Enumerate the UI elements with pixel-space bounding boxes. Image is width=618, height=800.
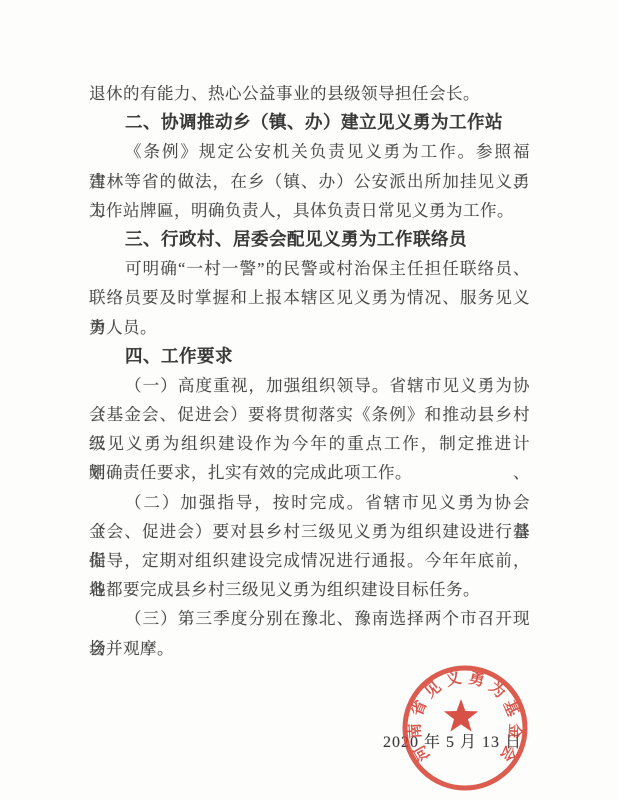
text-line: 《条例》规定公安机关负责见义勇为工作。参照福建、 <box>89 137 530 166</box>
text-line: 联络员要及时掌握和上报本辖区见义勇为情况、服务见义勇 <box>89 283 530 312</box>
text-line: （一）高度重视，加强组织领导。省辖市见义勇为协会 <box>89 371 530 400</box>
section-heading: 四、工作要求 <box>89 342 530 371</box>
text-line: 指导，定期对组织建设完成情况进行通报。今年年底前，各 <box>89 546 530 575</box>
text-line: （三）第三季度分别在豫北、豫南选择两个市召开现场 <box>89 604 530 633</box>
seal-star-icon <box>444 699 478 732</box>
text-line: 可明确“一村一警”的民警或村治保主任担任联络员、 <box>89 254 530 283</box>
text-line: 吉林等省的做法，在乡（镇、办）公安派出所加挂见义勇为 <box>89 167 530 196</box>
text-line: 退休的有能力、热心公益事业的县级领导担任会长。 <box>89 79 530 108</box>
text-line: （基金会、促进会）要将贯彻落实《条例》和推动县乡村三 <box>89 400 530 429</box>
section-heading: 二、协调推动乡（镇、办）建立见义勇为工作站 <box>89 108 530 137</box>
seal-ring <box>405 668 525 788</box>
text-line: 级见义勇为组织建设作为今年的重点工作，制定推进计划、 <box>89 429 530 458</box>
official-seal: 河南省见义勇为基金会 <box>390 653 540 800</box>
text-line: 金会、促进会）要对县乡村三级见义勇为组织建设进行督促 <box>89 517 530 546</box>
text-line: （二）加强指导，按时完成。省辖市见义勇为协会（基 <box>89 488 530 517</box>
text-line: 工作站牌匾，明确负责人，具体负责日常见义勇为工作。 <box>89 196 530 225</box>
text-line: 会并观摩。 <box>89 634 530 663</box>
text-line: 地都要完成县乡村三级见义勇为组织建设目标任务。 <box>89 575 530 604</box>
document-lines: 退休的有能力、热心公益事业的县级领导担任会长。二、协调推动乡（镇、办）建立见义勇… <box>89 79 530 663</box>
text-line: 为人员。 <box>89 313 530 342</box>
document-page: 退休的有能力、热心公益事业的县级领导担任会长。二、协调推动乡（镇、办）建立见义勇… <box>0 0 618 800</box>
section-heading: 三、行政村、居委会配见义勇为工作联络员 <box>89 225 530 254</box>
date-text: 2020 年 5 月 13 日 <box>383 729 522 752</box>
